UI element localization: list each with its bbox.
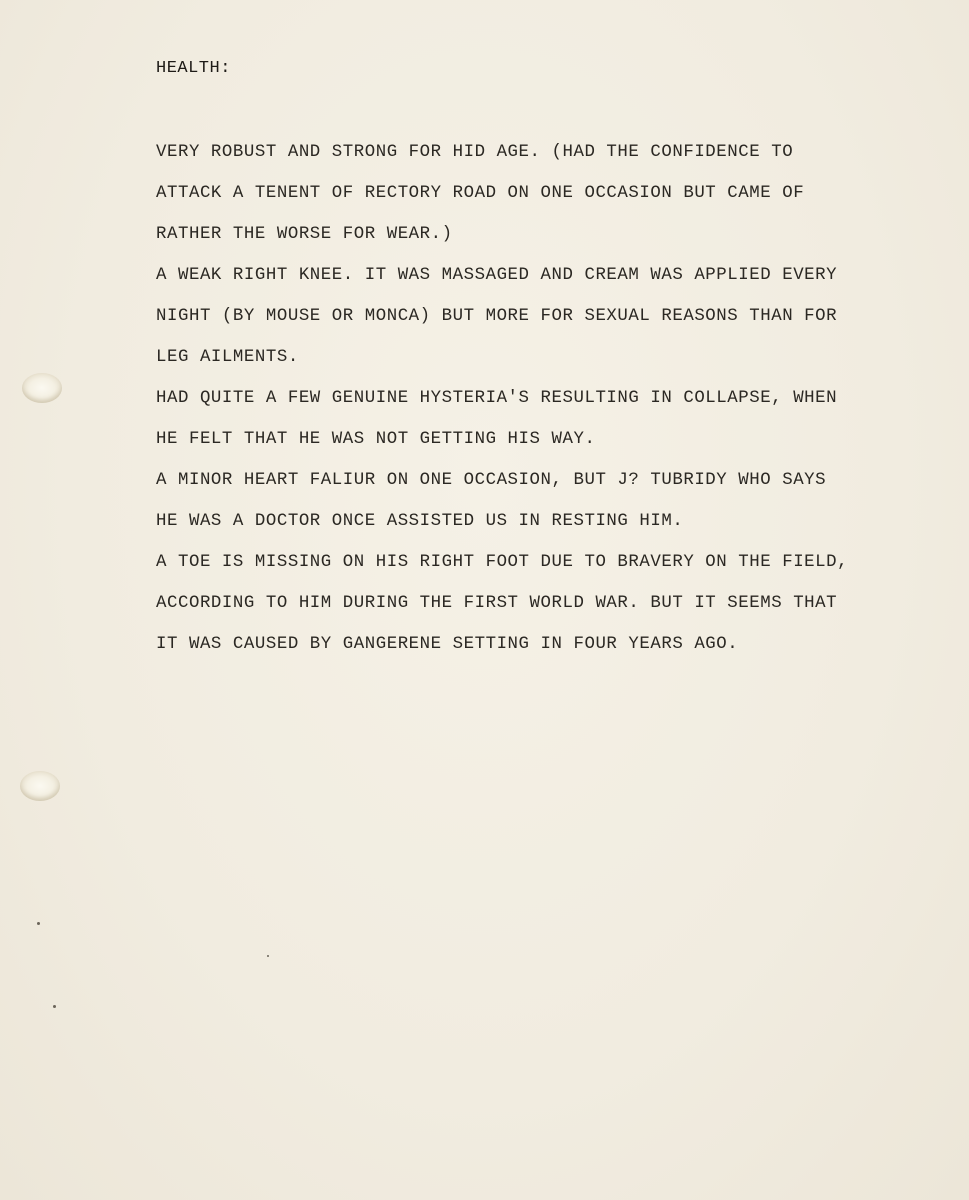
- text-line: HAD QUITE A FEW GENUINE HYSTERIA'S RESUL…: [156, 387, 946, 428]
- text-line: NIGHT (BY MOUSE OR MONCA) BUT MORE FOR S…: [156, 305, 946, 346]
- text-line: ACCORDING TO HIM DURING THE FIRST WORLD …: [156, 592, 946, 633]
- text-line: RATHER THE WORSE FOR WEAR.): [156, 223, 946, 264]
- text-line: VERY ROBUST AND STRONG FOR HID AGE. (HAD…: [156, 141, 946, 182]
- text-line: A MINOR HEART FALIUR ON ONE OCCASION, BU…: [156, 469, 946, 510]
- paper-speck: [267, 955, 269, 957]
- text-line: A TOE IS MISSING ON HIS RIGHT FOOT DUE T…: [156, 551, 946, 592]
- paper-speck: [53, 1005, 56, 1008]
- punch-hole-bottom: [20, 771, 60, 801]
- paper-speck: [37, 922, 40, 925]
- text-line: ATTACK A TENENT OF RECTORY ROAD ON ONE O…: [156, 182, 946, 223]
- document-body: VERY ROBUST AND STRONG FOR HID AGE. (HAD…: [156, 141, 946, 674]
- text-line: IT WAS CAUSED BY GANGERENE SETTING IN FO…: [156, 633, 946, 674]
- section-heading: HEALTH:: [156, 59, 231, 78]
- text-line: A WEAK RIGHT KNEE. IT WAS MASSAGED AND C…: [156, 264, 946, 305]
- text-line: HE WAS A DOCTOR ONCE ASSISTED US IN REST…: [156, 510, 946, 551]
- typed-document-page: HEALTH: VERY ROBUST AND STRONG FOR HID A…: [0, 0, 969, 1200]
- text-line: HE FELT THAT HE WAS NOT GETTING HIS WAY.: [156, 428, 946, 469]
- text-line: LEG AILMENTS.: [156, 346, 946, 387]
- punch-hole-top: [22, 373, 62, 403]
